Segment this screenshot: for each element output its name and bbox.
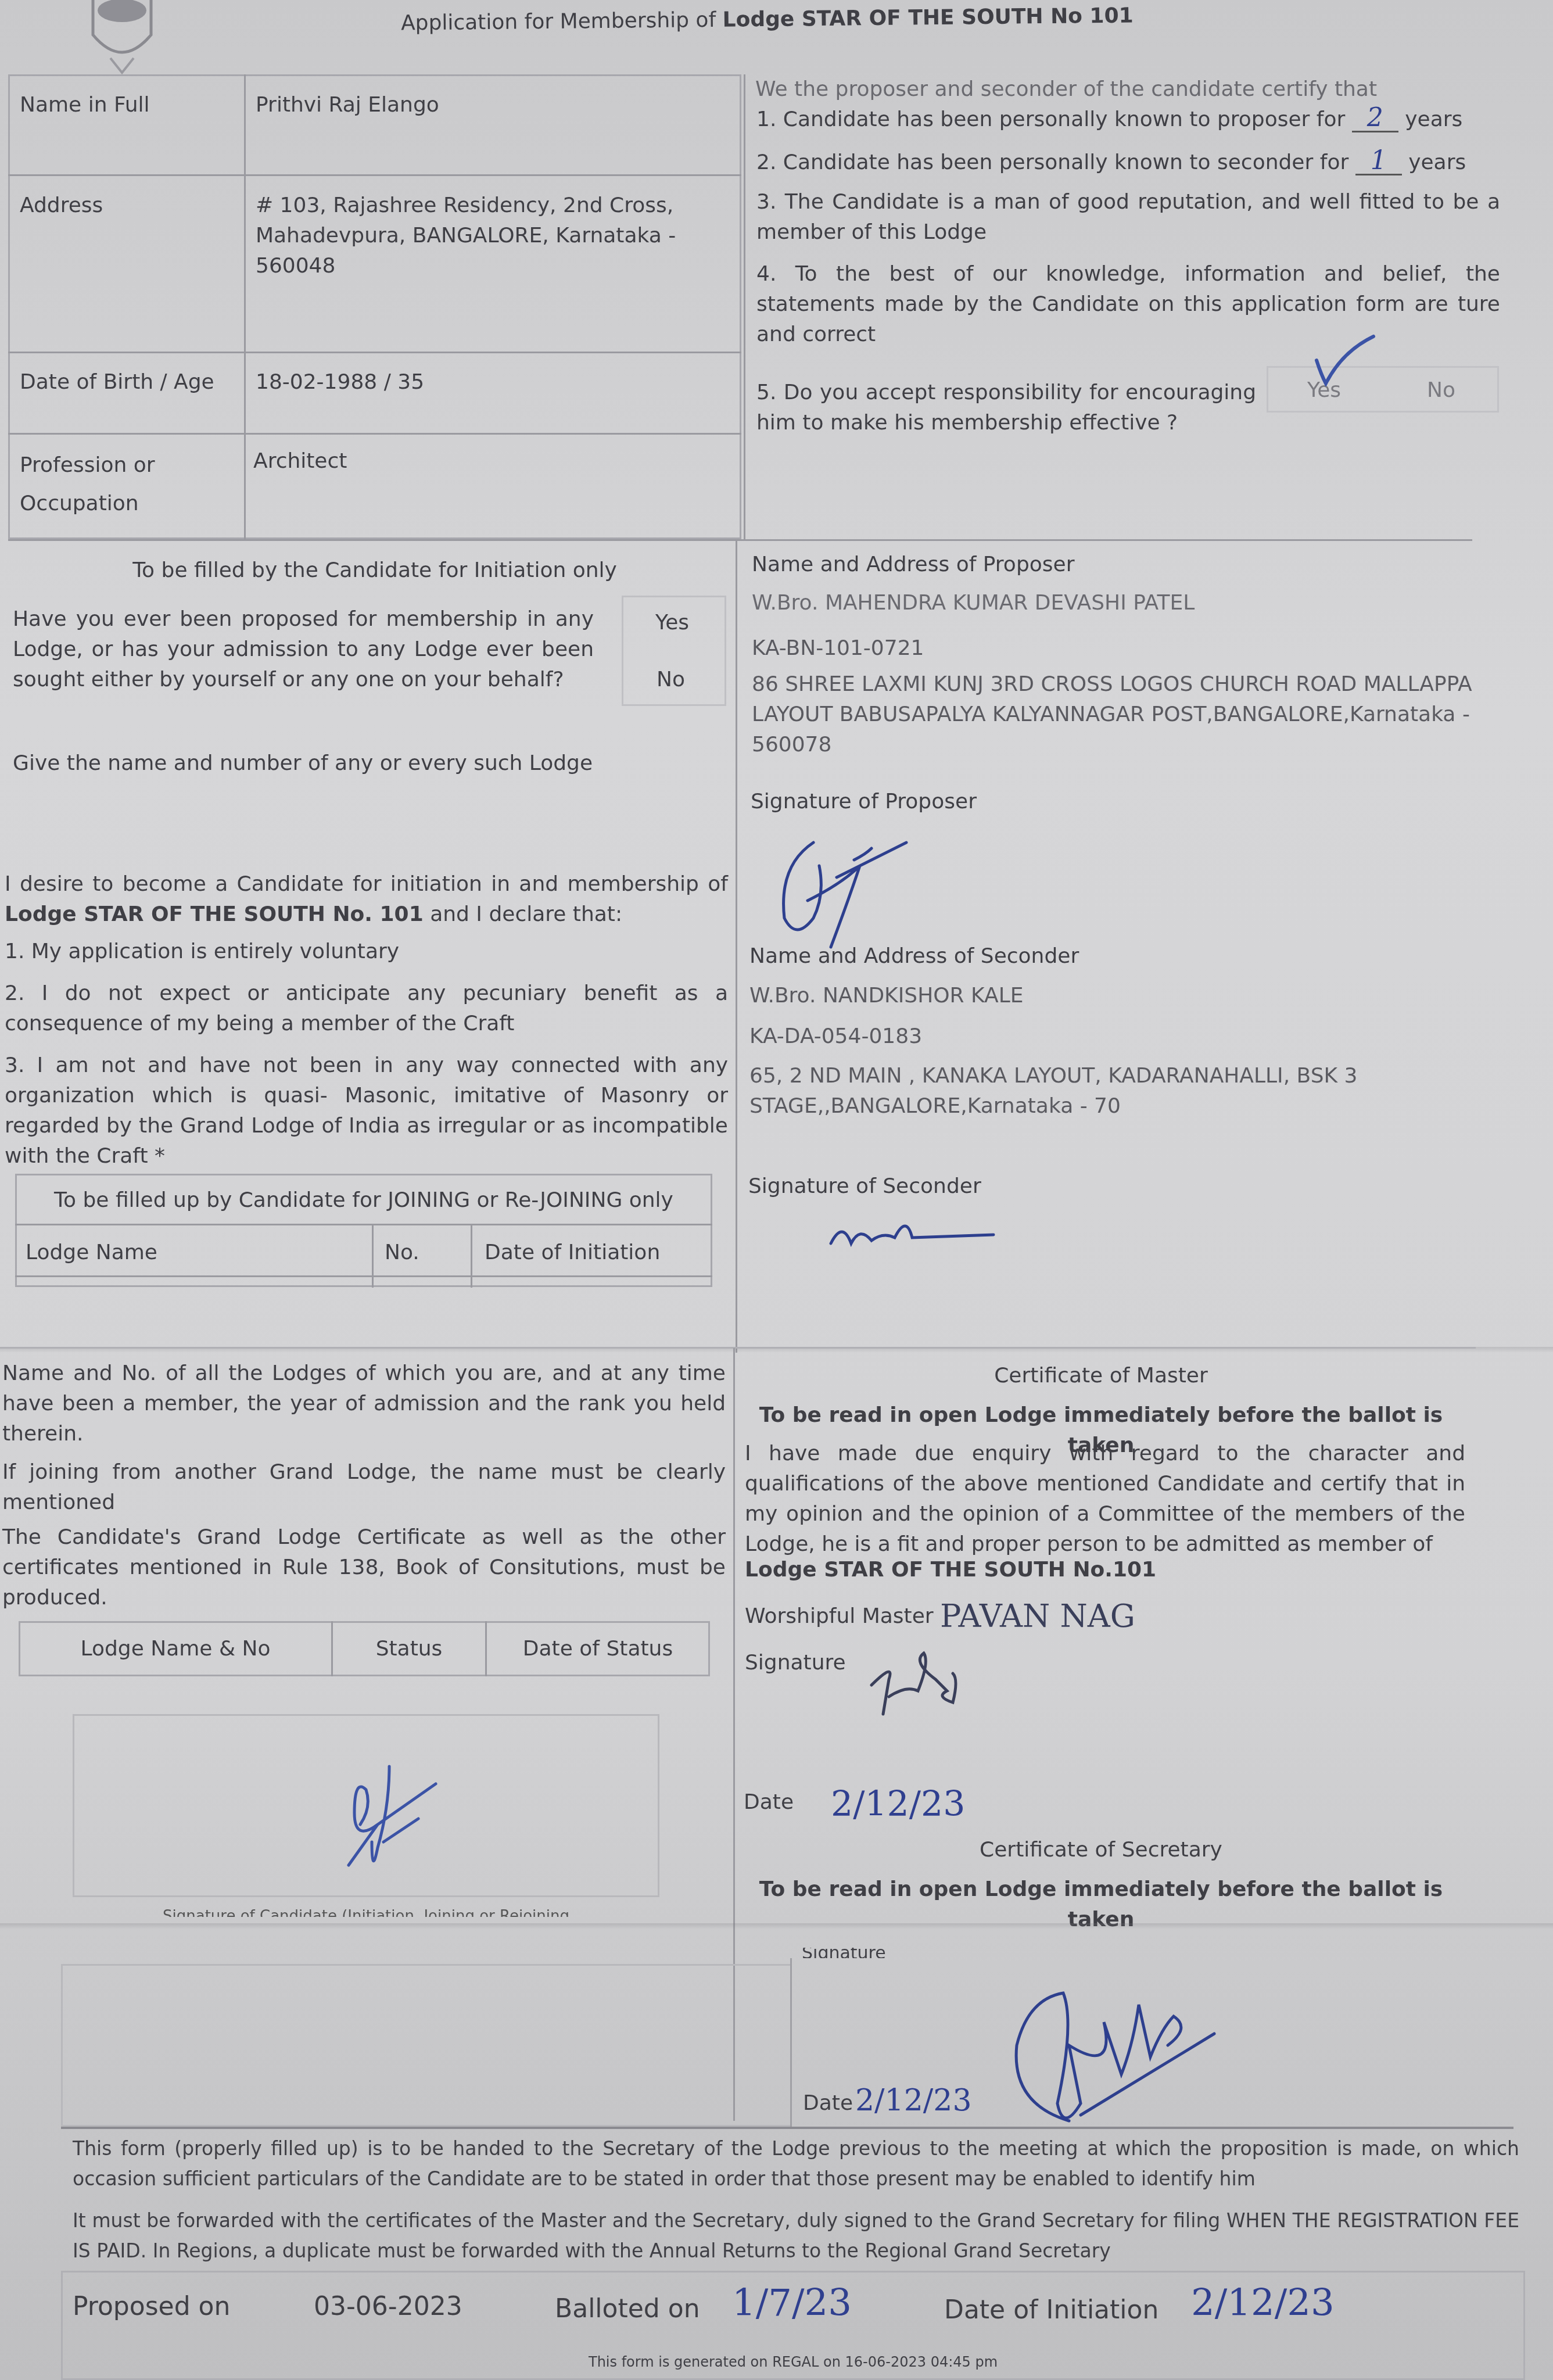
initiation-question: Have you ever been proposed for membersh… <box>13 604 594 695</box>
address-label: Address <box>20 191 103 221</box>
footer-note-1: This form (properly filled up) is to be … <box>73 2134 1519 2194</box>
generated-note: This form is generated on REGAL on 16-06… <box>61 2353 1525 2371</box>
certify-item-2: 2. Candidate has been personally known t… <box>756 148 1466 178</box>
certify-intro: We the proposer and seconder of the cand… <box>755 74 1377 105</box>
responsibility-no-option[interactable]: No <box>1427 375 1455 406</box>
joining-heading: To be filled up by Candidate for JOINING… <box>15 1185 712 1216</box>
lodges-instructions-1: Name and No. of all the Lodges of which … <box>2 1359 726 1449</box>
master-heading: Certificate of Master <box>738 1361 1464 1391</box>
certify-item-3: 3. The Candidate is a man of good reputa… <box>756 187 1500 248</box>
seconder-signature-label: Signature of Seconder <box>748 1171 981 1202</box>
dob-label: Date of Birth / Age <box>20 367 214 397</box>
lodges-col-date: Date of Status <box>486 1634 710 1664</box>
seconder-name: W.Bro. NANDKISHOR KALE <box>749 981 1023 1011</box>
secretary-date-value: 2/12/23 <box>855 2082 971 2119</box>
joining-col-date: Date of Initiation <box>485 1238 660 1268</box>
proposer-signature <box>773 831 930 953</box>
profession-label: Profession or Occupation <box>20 446 206 523</box>
initiation-yes-option[interactable]: Yes <box>655 608 689 638</box>
lodge-emblem-logo <box>87 0 157 76</box>
declaration-2: 2. I do not expect or anticipate any pec… <box>5 978 728 1039</box>
responsibility-options <box>1267 366 1499 413</box>
candidate-signature-caption: Signature of Candidate (Initiation, Join… <box>73 1909 659 1917</box>
checkmark-icon <box>1313 334 1377 386</box>
certify-item-5: 5. Do you accept responsibility for enco… <box>756 378 1256 438</box>
certify-item-4: 4. To the best of our knowledge, informa… <box>756 259 1500 350</box>
declaration-3: 3. I am not and have not been in any way… <box>5 1051 728 1171</box>
balloted-on-value: 1/7/23 <box>732 2282 852 2324</box>
give-lodge-name-label: Give the name and number of any or every… <box>13 748 593 779</box>
address-value: # 103, Rajashree Residency, 2nd Cross, M… <box>256 191 709 281</box>
lodges-col-name: Lodge Name & No <box>19 1634 332 1664</box>
proposer-name: W.Bro. MAHENDRA KUMAR DEVASHI PATEL <box>752 588 1195 618</box>
declaration-1: 1. My application is entirely voluntary <box>5 937 399 967</box>
date-of-initiation-label: Date of Initiation <box>944 2293 1159 2328</box>
master-date-label: Date <box>744 1787 794 1818</box>
master-lodge: Lodge STAR OF THE SOUTH No.101 <box>745 1555 1156 1585</box>
date-of-initiation-value: 2/12/23 <box>1191 2282 1335 2324</box>
name-label: Name in Full <box>20 90 149 120</box>
secretary-signature-label: Signature <box>802 1948 886 1958</box>
proposed-on-value: 03-06-2023 <box>314 2289 462 2324</box>
declaration-intro: I desire to become a Candidate for initi… <box>5 869 728 930</box>
certify-item-1: 1. Candidate has been personally known t… <box>756 105 1462 135</box>
lodges-instructions-2: If joining from another Grand Lodge, the… <box>2 1457 726 1518</box>
joining-col-lodge-name: Lodge Name <box>26 1238 157 1268</box>
profession-value: Architect <box>253 446 347 476</box>
seconder-years-value: 1 <box>1355 148 1402 175</box>
proposer-signature-label: Signature of Proposer <box>751 787 977 817</box>
seconder-signature <box>825 1209 999 1261</box>
seconder-address: 65, 2 ND MAIN , KANAKA LAYOUT, KADARANAH… <box>749 1061 1389 1121</box>
secretary-date-label: Date <box>803 2088 853 2119</box>
name-value: Prithvi Raj Elango <box>256 90 439 120</box>
master-body: I have made due enquiry with regard to t… <box>745 1439 1465 1560</box>
master-signature <box>866 1644 994 1720</box>
joining-col-no: No. <box>385 1238 419 1268</box>
initiation-heading: To be filled by the Candidate for Initia… <box>8 555 741 586</box>
seconder-id: KA-DA-054-0183 <box>749 1021 922 1052</box>
proposer-heading: Name and Address of Proposer <box>752 550 1074 580</box>
secretary-signature <box>999 1987 1243 2127</box>
dob-value: 18-02-1988 / 35 <box>256 367 424 397</box>
seconder-heading: Name and Address of Seconder <box>749 941 1079 972</box>
lodges-col-status: Status <box>332 1634 486 1664</box>
proposer-address: 86 SHREE LAXMI KUNJ 3RD CROSS LOGOS CHUR… <box>752 669 1501 760</box>
secretary-left-box <box>61 1964 790 2127</box>
proposer-years-value: 2 <box>1352 105 1398 132</box>
lodges-instructions-3: The Candidate's Grand Lodge Certificate … <box>2 1522 726 1613</box>
worshipful-master-name: PAVAN NAG <box>940 1599 1135 1634</box>
master-date-value: 2/12/23 <box>831 1784 965 1825</box>
balloted-on-label: Balloted on <box>555 2292 700 2327</box>
candidate-signature <box>320 1761 459 1877</box>
proposer-id: KA-BN-101-0721 <box>752 633 924 664</box>
initiation-no-option[interactable]: No <box>657 665 685 695</box>
page-title: Application for Membership of Lodge STAR… <box>401 1 1134 38</box>
master-signature-label: Signature <box>745 1648 846 1678</box>
proposed-on-label: Proposed on <box>73 2289 230 2324</box>
footer-note-2: It must be forwarded with the certificat… <box>73 2206 1519 2266</box>
secretary-heading: Certificate of Secretary <box>738 1835 1464 1865</box>
worshipful-master-label: Worshipful Master <box>745 1601 934 1632</box>
